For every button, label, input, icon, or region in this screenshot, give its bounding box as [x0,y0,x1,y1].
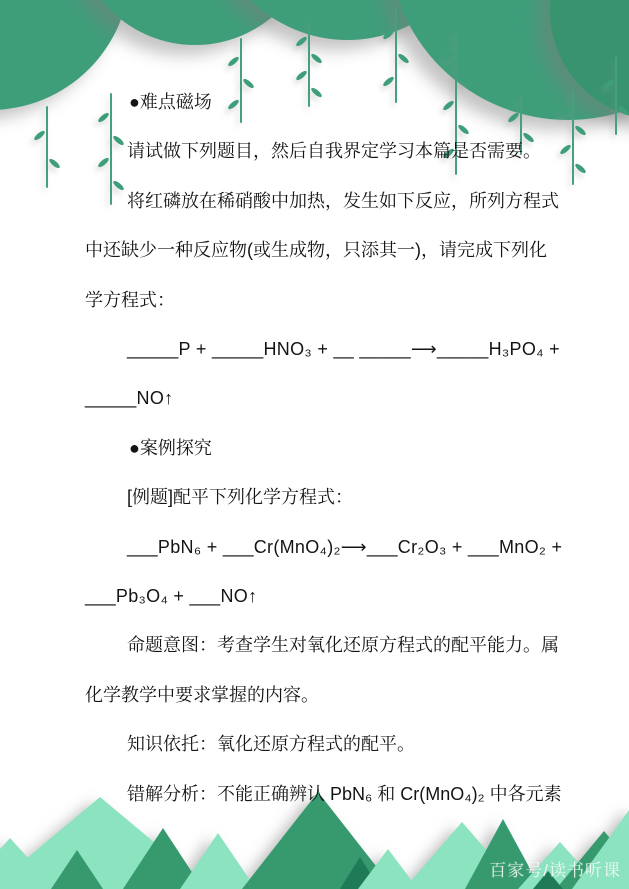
equation1-line1: _____P + _____HNO₃ + __ _____⟶_____H₃PO₄… [85,325,555,374]
equation2-line2: ___Pb₃O₄ + ___NO↑ [85,572,555,621]
para-intent-line2: 化学教学中要求掌握的内容。 [85,671,555,720]
willow-stem [615,55,617,135]
tree-triangle [51,850,103,889]
willow-stem [572,90,574,185]
article-page: { "doc": { "lines": [ "●难点磁场", "请试做下列题目，… [0,0,629,889]
document-text: ●难点磁场 请试做下列题目，然后自我界定学习本篇是否需要。 将红磷放在稀硝酸中加… [85,78,555,819]
tree-triangle [358,849,418,889]
willow-leaf [442,51,455,63]
willow-leaf [33,130,46,142]
tree-triangle [0,838,56,889]
willow-stem [46,106,48,188]
heading-case-study: ●案例探究 [85,424,555,473]
para-problem-line1: 将红磷放在稀硝酸中加热，发生如下反应，所列方程式 [85,177,555,226]
para-problem-line3: 学方程式： [85,276,555,325]
document-canvas: ●难点磁场 请试做下列题目，然后自我界定学习本篇是否需要。 将红磷放在稀硝酸中加… [0,0,629,889]
tree-canopy-center [210,0,485,40]
tree-canopy-right-dark [550,0,629,120]
para-example-intro: [例题]配平下列化学方程式： [85,473,555,522]
willow-leaf [227,56,240,68]
willow-leaf [574,124,587,136]
watermark: 百家号/读书听课 [489,856,621,881]
tree-triangle [340,857,380,889]
willow-leaf [397,52,410,64]
willow-leaf [574,162,587,174]
heading-difficulty-section: ●难点磁场 [85,78,555,127]
willow-leaf [602,78,615,90]
willow-leaf [559,143,572,155]
willow-leaf [295,35,308,47]
willow-leaf [559,105,572,117]
equation1-line2: _____NO↑ [85,374,555,423]
para-problem-line2: 中还缺少一种反应物(或生成物，只添其一)，请完成下列化 [85,226,555,275]
equation2-line1: ___PbN₆ + ___Cr(MnO₄)₂⟶___Cr₂O₃ + ___MnO… [85,523,555,572]
tree-canopy-center-left [75,0,315,45]
para-error-analysis: 错解分析：不能正确辨认 PbN₆ 和 Cr(MnO₄)₂ 中各元素 [85,770,555,819]
para-intent-line1: 命题意图：考查学生对氧化还原方程式的配平能力。属 [85,621,555,670]
willow-leaf [310,52,323,64]
willow-leaf [48,157,61,169]
willow-leaf [617,105,629,117]
tree-triangle [123,828,203,889]
para-knowledge-basis: 知识依托：氧化还原方程式的配平。 [85,720,555,769]
willow-leaf [382,28,395,40]
para-self-assessment: 请试做下列题目，然后自我界定学习本篇是否需要。 [85,127,555,176]
tree-triangle [180,833,256,889]
